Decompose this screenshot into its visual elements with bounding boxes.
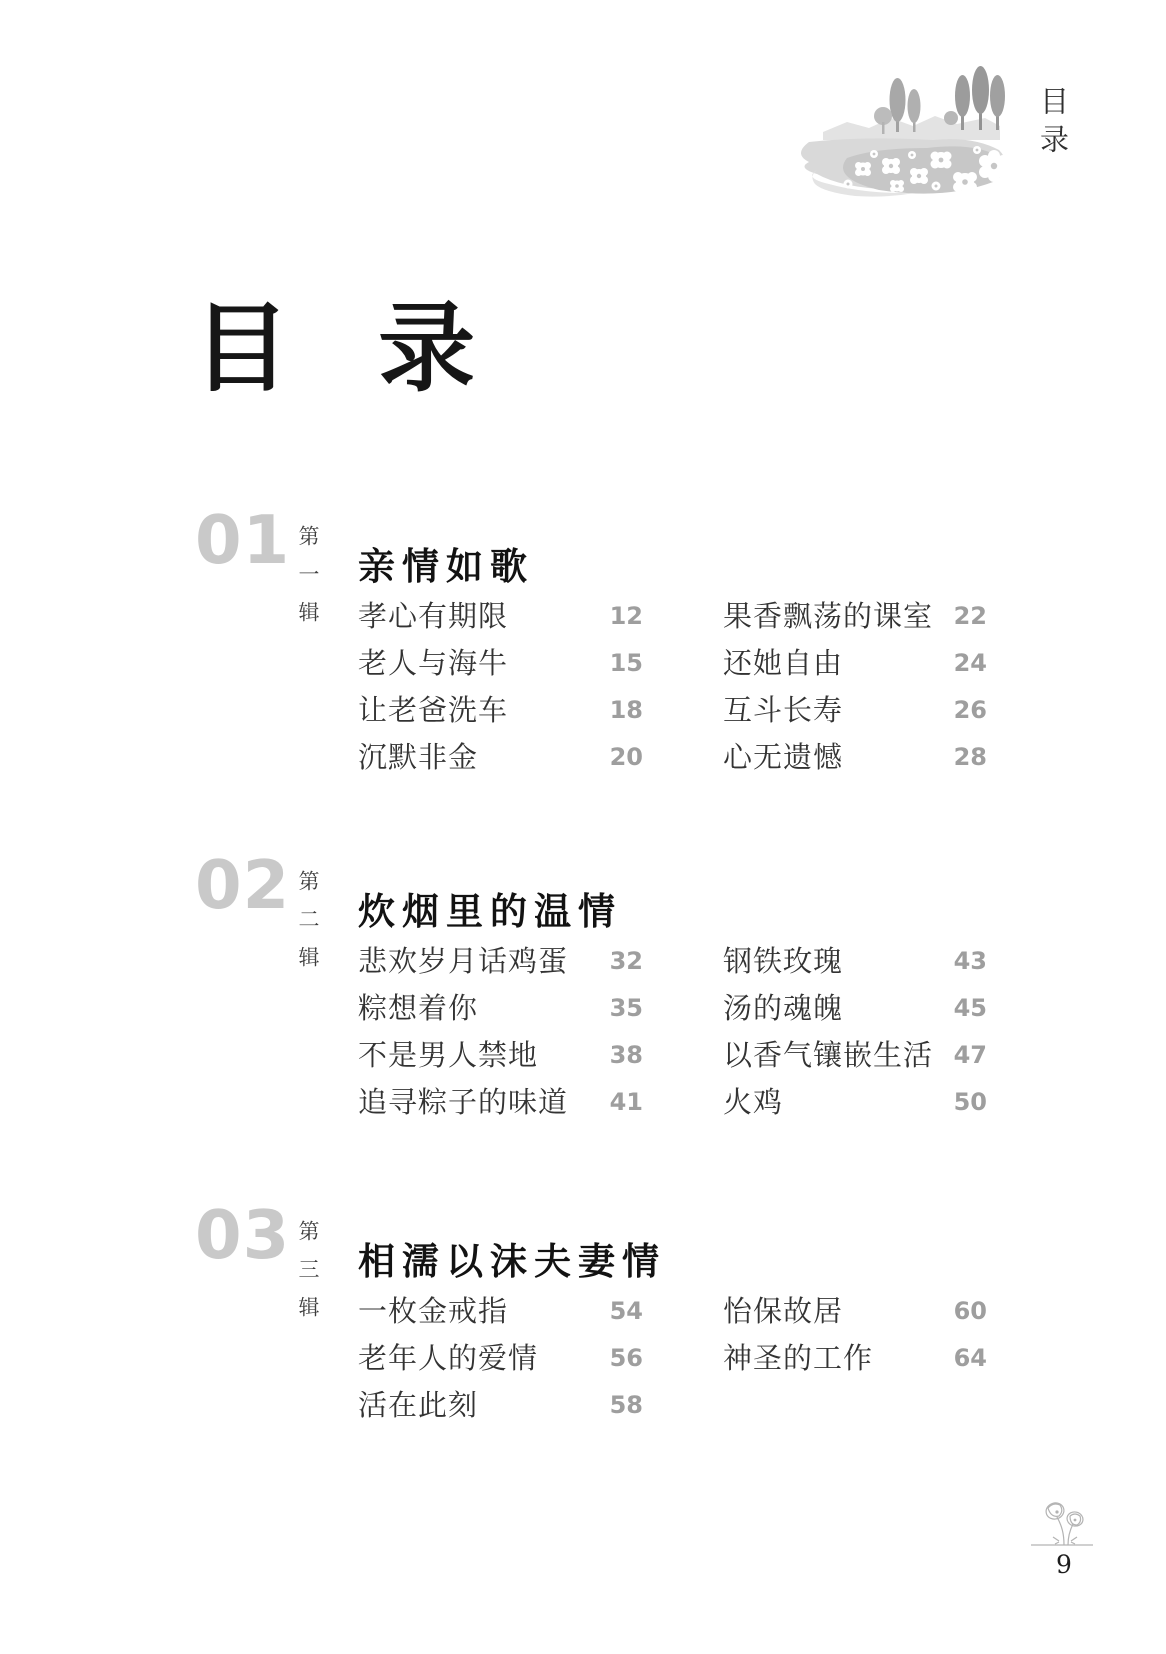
section-heading: 相濡以沫夫妻情 <box>358 1239 666 1283</box>
toc-section-1: 01 第一辑 亲情如歌 孝心有期限12果香飘荡的课室22 老人与海牛15还她自由… <box>195 513 995 843</box>
section-number: 02 <box>195 852 290 919</box>
section-number: 03 <box>195 1202 290 1269</box>
entry-title: 老年人的爱情 <box>358 1335 588 1382</box>
entry-title: 一枚金戒指 <box>358 1288 588 1335</box>
section-volume-label: 第二辑 <box>297 870 318 984</box>
section-volume-label: 第三辑 <box>297 1220 318 1334</box>
entry-title: 火鸡 <box>643 1079 935 1126</box>
section-number: 01 <box>195 507 290 574</box>
entry-page-number: 60 <box>935 1288 987 1335</box>
section-heading: 亲情如歌 <box>358 544 534 588</box>
toc-row: 不是男人禁地38以香气镶嵌生活47 <box>358 1032 987 1079</box>
section-volume-label: 第一辑 <box>297 525 318 639</box>
entry-page-number: 45 <box>935 985 987 1032</box>
entry-title: 心无遗憾 <box>643 734 935 781</box>
entry-page-number: 56 <box>588 1335 643 1382</box>
entry-title: 老人与海牛 <box>358 640 588 687</box>
toc-row: 一枚金戒指54怡保故居60 <box>358 1288 987 1335</box>
toc-row: 孝心有期限12果香飘荡的课室22 <box>358 593 987 640</box>
entry-page-number: 15 <box>588 640 643 687</box>
entry-page-number: 50 <box>935 1079 987 1126</box>
entry-page-number: 18 <box>588 687 643 734</box>
toc-row: 悲欢岁月话鸡蛋32钢铁玫瑰43 <box>358 938 987 985</box>
toc-entries: 一枚金戒指54怡保故居60 老年人的爱情56神圣的工作64 活在此刻58 <box>358 1288 987 1429</box>
entry-title: 还她自由 <box>643 640 935 687</box>
poppy-flower-sprig-icon <box>1028 1496 1096 1552</box>
entry-page-number: 20 <box>588 734 643 781</box>
toc-entries: 孝心有期限12果香飘荡的课室22 老人与海牛15还她自由24 让老爸洗车18互斗… <box>358 593 987 781</box>
toc-entries: 悲欢岁月话鸡蛋32钢铁玫瑰43 粽想着你35汤的魂魄45 不是男人禁地38以香气… <box>358 938 987 1126</box>
entry-title: 怡保故居 <box>643 1288 935 1335</box>
folio-page-number: 9 <box>1036 1550 1092 1579</box>
entry-page-number: 38 <box>588 1032 643 1079</box>
entry-page-number: 32 <box>588 938 643 985</box>
entry-title: 神圣的工作 <box>643 1335 935 1382</box>
entry-title: 汤的魂魄 <box>643 985 935 1032</box>
entry-title: 钢铁玫瑰 <box>643 938 935 985</box>
toc-row: 追寻粽子的味道41火鸡50 <box>358 1079 987 1126</box>
entry-title <box>643 1382 935 1429</box>
section-heading: 炊烟里的温情 <box>358 889 622 933</box>
entry-page-number: 47 <box>935 1032 987 1079</box>
toc-section-2: 02 第二辑 炊烟里的温情 悲欢岁月话鸡蛋32钢铁玫瑰43 粽想着你35汤的魂魄… <box>195 858 995 1188</box>
entry-title: 追寻粽子的味道 <box>358 1079 588 1126</box>
entry-title: 互斗长寿 <box>643 687 935 734</box>
entry-title: 沉默非金 <box>358 734 588 781</box>
entry-title: 果香飘荡的课室 <box>643 593 935 640</box>
entry-page-number: 43 <box>935 938 987 985</box>
entry-page-number: 41 <box>588 1079 643 1126</box>
toc-row: 粽想着你35汤的魂魄45 <box>358 985 987 1032</box>
entry-page-number: 26 <box>935 687 987 734</box>
entry-page-number: 24 <box>935 640 987 687</box>
page-title: 目 录 <box>193 293 502 405</box>
entry-title: 让老爸洗车 <box>358 687 588 734</box>
entry-title: 悲欢岁月话鸡蛋 <box>358 938 588 985</box>
entry-title: 以香气镶嵌生活 <box>643 1032 935 1079</box>
toc-row: 老人与海牛15还她自由24 <box>358 640 987 687</box>
entry-title: 不是男人禁地 <box>358 1032 588 1079</box>
entry-page-number: 54 <box>588 1288 643 1335</box>
entry-page-number: 58 <box>588 1382 643 1429</box>
entry-page-number: 35 <box>588 985 643 1032</box>
toc-section-3: 03 第三辑 相濡以沫夫妻情 一枚金戒指54怡保故居60 老年人的爱情56神圣的… <box>195 1208 995 1458</box>
entry-page-number: 12 <box>588 593 643 640</box>
entry-page-number: 22 <box>935 593 987 640</box>
toc-row: 沉默非金20心无遗憾28 <box>358 734 987 781</box>
toc-row: 老年人的爱情56神圣的工作64 <box>358 1335 987 1382</box>
entry-page-number: 64 <box>935 1335 987 1382</box>
meadow-landscape-illustration <box>795 66 1010 198</box>
corner-toc-label: 目录 <box>1038 86 1067 162</box>
toc-row: 活在此刻58 <box>358 1382 987 1429</box>
toc-row: 让老爸洗车18互斗长寿26 <box>358 687 987 734</box>
entry-page-number <box>935 1382 987 1429</box>
toc-page: 目录 目 录 01 第一辑 亲情如歌 孝心有期限12果香飘荡的课室22 老人与海… <box>0 0 1166 1654</box>
entry-title: 活在此刻 <box>358 1382 588 1429</box>
entry-page-number: 28 <box>935 734 987 781</box>
entry-title: 孝心有期限 <box>358 593 588 640</box>
entry-title: 粽想着你 <box>358 985 588 1032</box>
